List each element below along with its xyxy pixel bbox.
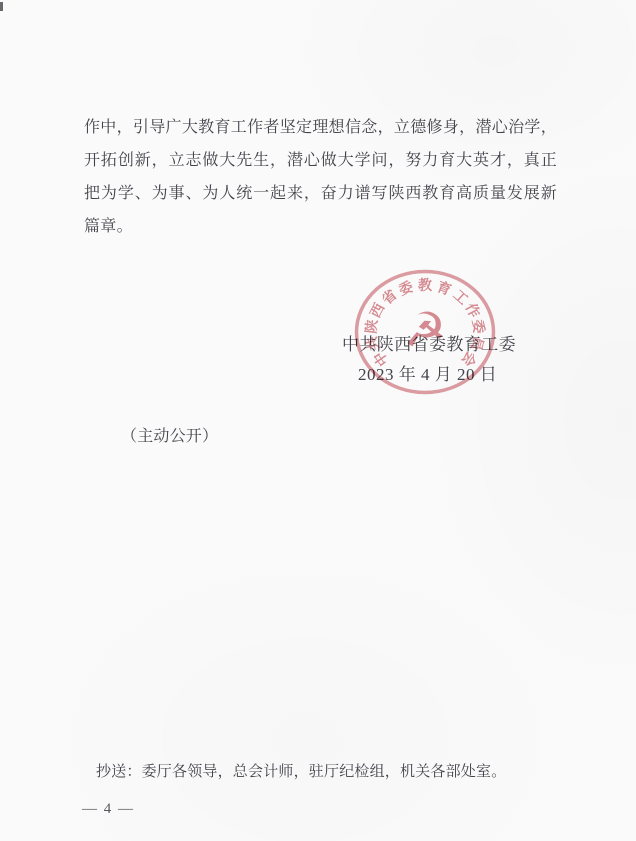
- seal-ring-char: 省: [377, 285, 401, 309]
- body-line: 作中，引导广大教育工作者坚定理想信念，立德修身，潜心治学，: [84, 111, 557, 144]
- signature-date: 2023 年 4 月 20 日: [358, 360, 497, 385]
- seal-ring-char: 育: [434, 276, 454, 300]
- document-page: 作中，引导广大教育工作者坚定理想信念，立德修身，潜心治学， 开拓创新，立志做大先…: [0, 0, 636, 841]
- body-line: 把为学、为事、为人统一起来，奋力谱写陕西教育高质量发展新: [84, 177, 557, 210]
- seal-ring-char: 作: [461, 299, 485, 321]
- cc-line: 抄送：委厅各领导，总会计师，驻厅纪检组，机关各部处室。: [96, 760, 506, 781]
- disclosure-note: （主动公开）: [121, 423, 218, 446]
- signature-org: 中共陕西省委教育工委: [342, 330, 516, 355]
- scan-artifact-mark: [0, 2, 3, 11]
- page-number: — 4 —: [82, 801, 135, 818]
- seal-ring-char: 西: [365, 299, 389, 321]
- seal-ring-char: 委: [396, 276, 416, 300]
- body-line: 篇章。: [84, 210, 557, 243]
- body-paragraph: 作中，引导广大教育工作者坚定理想信念，立德修身，潜心治学， 开拓创新，立志做大先…: [84, 111, 557, 243]
- seal-ring-char: 工: [449, 285, 473, 309]
- seal-ring-char: 教: [418, 275, 432, 295]
- body-line: 开拓创新，立志做大先生，潜心做大学问，努力育大英才，真正: [84, 144, 557, 177]
